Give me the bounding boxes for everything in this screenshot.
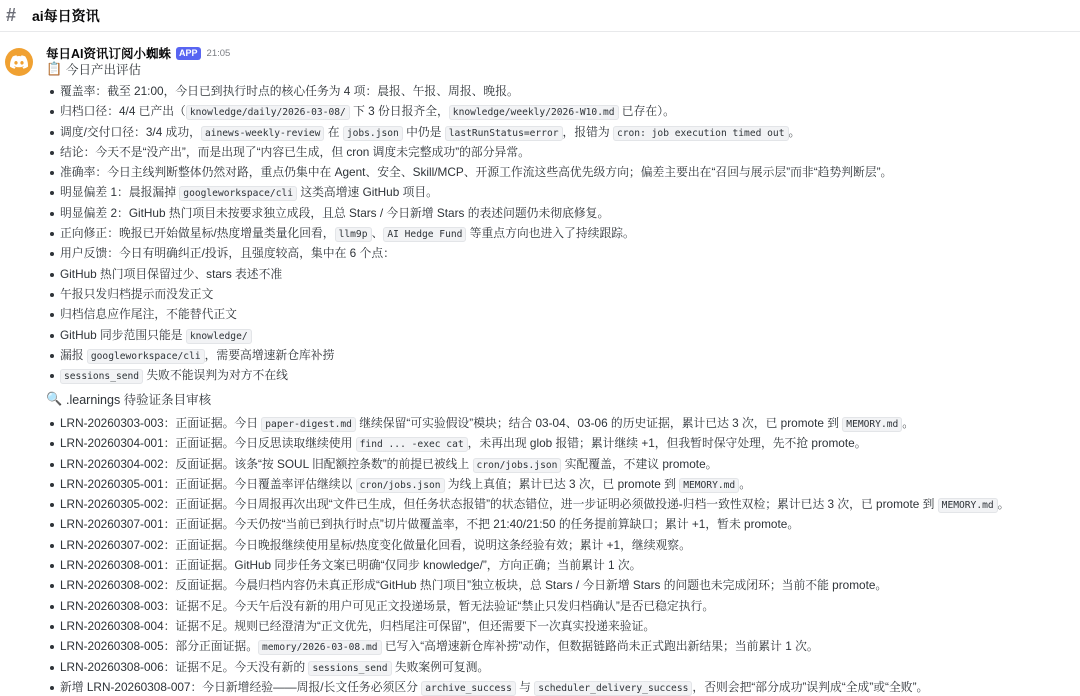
list-item: 归档口径：4/4 已产出（knowledge/daily/2026-03-08/…: [46, 101, 1080, 121]
text-segment: LRN-20260308-002：反面证据。今晨归档内容仍未真正形成“GitHu…: [60, 578, 887, 592]
text-segment: 与: [516, 680, 534, 694]
inline-code: MEMORY.md: [842, 417, 902, 432]
text-segment: 用户反馈：今日有明确纠正/投诉，且强度较高，集中在 6 个点：: [60, 246, 395, 260]
list-item: 准确率：今日主线判断整体仍然对路，重点仍集中在 Agent、安全、Skill/M…: [46, 162, 1080, 182]
list-item: 结论：今天不是“没产出”，而是出现了“内容已生成，但 cron 调度未完整成功”…: [46, 142, 1080, 162]
inline-code: knowledge/weekly/2026-W10.md: [449, 105, 619, 120]
text-segment: 明显偏差 2：GitHub 热门项目未按要求独立成段，且总 Stars / 今日…: [60, 206, 609, 220]
text-segment: 等重点方向也进入了持续跟踪。: [466, 226, 634, 240]
text-segment: ，否则会把“部分成功”误判成“全成”或“全败”。: [692, 680, 928, 694]
list-item: LRN-20260307-001：正面证据。今天仍按“当前已到执行时点”切片做覆…: [46, 514, 1080, 534]
text-segment: LRN-20260304-002：反面证据。该条“按 SOUL 旧配额控条数”的…: [60, 457, 473, 471]
text-segment: 准确率：今日主线判断整体仍然对路，重点仍集中在 Agent、安全、Skill/M…: [60, 165, 892, 179]
list-item: 正向修正：晚报已开始做星标/热度增量类量化回看，llm9p、AI Hedge F…: [46, 223, 1080, 243]
list-item: 新增 LRN-20260308-007：今日新增经验——周报/长文任务必须区分 …: [46, 677, 1080, 696]
text-segment: 已写入“高增速新仓库补捞”动作，但数据链路尚未正式跑出新结果；当前累计 1 次。: [382, 639, 819, 653]
inline-code: MEMORY.md: [679, 478, 739, 493]
text-segment: 结论：今天不是“没产出”，而是出现了“内容已生成，但 cron 调度未完整成功”…: [60, 145, 530, 159]
text-segment: 正向修正：晚报已开始做星标/热度增量类量化回看，: [60, 226, 335, 240]
list-item: LRN-20260303-003：正面证据。今日 paper-digest.md…: [46, 413, 1080, 433]
text-segment: 归档口径：4/4 已产出（: [60, 104, 186, 118]
text-segment: GitHub 热门项目保留过少、stars 表述不准: [60, 267, 282, 281]
text-segment: LRN-20260307-002：正面证据。今日晚报继续使用星标/热度变化做量化…: [60, 538, 691, 552]
text-segment: 实配覆盖，不建议 promote。: [561, 457, 717, 471]
inline-code: knowledge/: [186, 329, 252, 344]
list-item: LRN-20260307-002：正面证据。今日晚报继续使用星标/热度变化做量化…: [46, 535, 1080, 555]
text-segment: LRN-20260308-005：部分正面证据。: [60, 639, 258, 653]
text-segment: LRN-20260305-002：正面证据。今日周报再次出现“文件已生成，但任务…: [60, 497, 938, 511]
text-segment: 。: [789, 125, 801, 139]
list-item: GitHub 热门项目保留过少、stars 表述不准: [46, 264, 1080, 284]
text-segment: 已存在）。: [619, 104, 675, 118]
list-item: 调度/交付口径：3/4 成功，ainews-weekly-review 在 jo…: [46, 122, 1080, 142]
text-segment: LRN-20260308-001：正面证据。GitHub 同步任务文案已明确“仅…: [60, 558, 641, 572]
inline-code: cron/jobs.json: [356, 478, 445, 493]
text-segment: GitHub 同步范围只能是: [60, 328, 186, 342]
channel-name: ai每日资讯: [32, 6, 100, 26]
inline-code: memory/2026-03-08.md: [258, 640, 382, 655]
section-title-learnings: 🔍 .learnings 待验证条目审核: [46, 390, 211, 408]
text-segment: 。: [739, 477, 751, 491]
text-segment: 午报只发归档提示而没发正文: [60, 287, 213, 301]
list-item: LRN-20260308-001：正面证据。GitHub 同步任务文案已明确“仅…: [46, 555, 1080, 575]
section-title-text: .learnings 待验证条目审核: [66, 390, 211, 408]
inline-code: llm9p: [335, 227, 372, 242]
learnings-list: LRN-20260303-003：正面证据。今日 paper-digest.md…: [46, 413, 1080, 696]
inline-code: AI Hedge Fund: [383, 227, 466, 242]
inline-code: scheduler_delivery_success: [534, 681, 692, 696]
inline-code: paper-digest.md: [261, 417, 356, 432]
list-item: 归档信息应作尾注，不能替代正文: [46, 304, 1080, 324]
text-segment: 调度/交付口径：3/4 成功，: [60, 125, 201, 139]
list-item: LRN-20260304-002：反面证据。该条“按 SOUL 旧配额控条数”的…: [46, 454, 1080, 474]
timestamp: 21:05: [207, 48, 231, 59]
section-title-text: 今日产出评估: [66, 60, 141, 78]
text-segment: LRN-20260303-003：正面证据。今日: [60, 416, 261, 430]
text-segment: LRN-20260308-003：证据不足。今天午后没有新的用户可见正文投递场景…: [60, 599, 714, 613]
magnifier-icon: 🔍: [46, 391, 62, 407]
channel-header: # ai每日资讯: [0, 0, 1080, 32]
inline-code: MEMORY.md: [938, 498, 998, 513]
text-segment: LRN-20260307-001：正面证据。今天仍按“当前已到执行时点”切片做覆…: [60, 517, 799, 531]
clipboard-icon: 📋: [46, 61, 62, 77]
text-segment: 中仍是: [403, 125, 445, 139]
inline-code: sessions_send: [60, 369, 143, 384]
text-segment: 为线上真值；累计已达 3 次，已 promote 到: [445, 477, 680, 491]
inline-code: cron/jobs.json: [473, 458, 562, 473]
list-item: 覆盖率：截至 21:00，今日已到执行时点的核心任务为 4 项：晨报、午报、周报…: [46, 81, 1080, 101]
inline-code: jobs.json: [343, 126, 403, 141]
text-segment: ，报错为: [563, 125, 613, 139]
list-item: 用户反馈：今日有明确纠正/投诉，且强度较高，集中在 6 个点：: [46, 243, 1080, 263]
list-item: LRN-20260308-006：证据不足。今天没有新的 sessions_se…: [46, 657, 1080, 677]
list-item: LRN-20260308-002：反面证据。今晨归档内容仍未真正形成“GitHu…: [46, 575, 1080, 595]
inline-code: sessions_send: [308, 661, 391, 676]
hash-icon: #: [6, 5, 26, 26]
inline-code: googleworkspace/cli: [179, 186, 297, 201]
inline-code: lastRunStatus=error: [445, 126, 563, 141]
text-segment: 下 3 份日报齐全，: [350, 104, 449, 118]
list-item: LRN-20260305-001：正面证据。今日覆盖率评估继续以 cron/jo…: [46, 474, 1080, 494]
list-item: sessions_send 失败不能误判为对方不在线: [46, 365, 1080, 385]
inline-code: find ... -exec cat: [356, 437, 468, 452]
inline-code: cron: job execution timed out: [613, 126, 789, 141]
inline-code: ainews-weekly-review: [201, 126, 325, 141]
section-title-output-eval: 📋 今日产出评估: [46, 60, 141, 78]
text-segment: 失败案例可复测。: [392, 660, 490, 674]
text-segment: ，需要高增速新仓库补捞: [205, 348, 335, 362]
list-item: GitHub 同步范围只能是 knowledge/: [46, 325, 1080, 345]
output-eval-list: 覆盖率：截至 21:00，今日已到执行时点的核心任务为 4 项：晨报、午报、周报…: [46, 81, 1080, 385]
inline-code: knowledge/daily/2026-03-08/: [186, 105, 350, 120]
list-item: LRN-20260305-002：正面证据。今日周报再次出现“文件已生成，但任务…: [46, 494, 1080, 514]
list-item: 明显偏差 1：晨报漏掉 googleworkspace/cli 这类高增速 Gi…: [46, 182, 1080, 202]
text-segment: 漏报: [60, 348, 87, 362]
list-item: LRN-20260308-005：部分正面证据。memory/2026-03-0…: [46, 636, 1080, 656]
avatar[interactable]: [5, 48, 33, 76]
text-segment: 新增 LRN-20260308-007：今日新增经验——周报/长文任务必须区分: [60, 680, 421, 694]
text-segment: LRN-20260305-001：正面证据。今日覆盖率评估继续以: [60, 477, 356, 491]
discord-logo-icon: [10, 55, 28, 69]
list-item: 漏报 googleworkspace/cli，需要高增速新仓库补捞: [46, 345, 1080, 365]
text-segment: 这类高增速 GitHub 项目。: [297, 185, 438, 199]
text-segment: 。: [998, 497, 1010, 511]
text-segment: 、: [372, 226, 384, 240]
text-segment: 明显偏差 1：晨报漏掉: [60, 185, 179, 199]
text-segment: LRN-20260308-006：证据不足。今天没有新的: [60, 660, 308, 674]
text-segment: 在: [324, 125, 342, 139]
text-segment: LRN-20260304-001：正面证据。今日反思读取继续使用: [60, 436, 356, 450]
text-segment: 覆盖率：截至 21:00，今日已到执行时点的核心任务为 4 项：晨报、午报、周报…: [60, 84, 519, 98]
text-segment: 失败不能误判为对方不在线: [143, 368, 288, 382]
text-segment: LRN-20260308-004：证据不足。规则已经澄清为“正文优先，归档尾注可…: [60, 619, 655, 633]
inline-code: archive_success: [421, 681, 516, 696]
list-item: 午报只发归档提示而没发正文: [46, 284, 1080, 304]
list-item: LRN-20260308-003：证据不足。今天午后没有新的用户可见正文投递场景…: [46, 596, 1080, 616]
text-segment: 归档信息应作尾注，不能替代正文: [60, 307, 237, 321]
text-segment: ，未再出现 glob 报错；累计继续 +1，但我暂时保守处理，先不抢 promo…: [468, 436, 867, 450]
text-segment: 继续保留“可实验假设”模块；结合 03-04、03-06 的历史证据，累计已达 …: [356, 416, 842, 430]
text-segment: 。: [902, 416, 914, 430]
list-item: LRN-20260308-004：证据不足。规则已经澄清为“正文优先，归档尾注可…: [46, 616, 1080, 636]
inline-code: googleworkspace/cli: [87, 349, 205, 364]
list-item: LRN-20260304-001：正面证据。今日反思读取继续使用 find ..…: [46, 433, 1080, 453]
list-item: 明显偏差 2：GitHub 热门项目未按要求独立成段，且总 Stars / 今日…: [46, 203, 1080, 223]
app-badge: APP: [176, 47, 201, 60]
